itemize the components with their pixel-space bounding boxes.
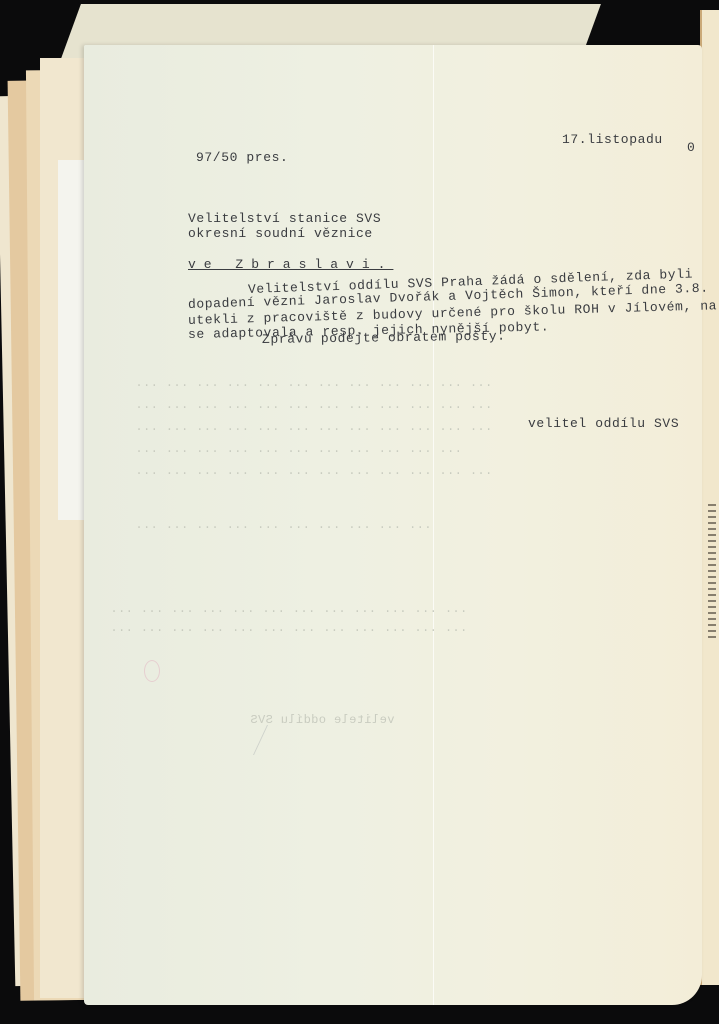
reference-number: 97/50 pres. [196,150,288,165]
adjacent-page-edge [700,10,719,985]
show-through-text: ... ... ... ... ... ... ... ... ... ... … [135,441,462,458]
addressee-line-1: Velitelství stanice SVS [188,211,381,226]
show-through-text: ... ... ... ... ... ... ... ... ... ... … [135,397,492,414]
signature-block: velitel oddílu SVS [528,416,679,431]
page-fold-line [433,45,434,1005]
show-through-text: ... ... ... ... ... ... ... ... ... ... … [135,463,492,480]
show-through-text: ... ... ... ... ... ... ... ... ... ... … [135,375,492,392]
addressee-line-2: okresní soudní věznice [188,226,373,241]
red-pencil-mark [144,660,160,682]
show-through-text: ... ... ... ... ... ... ... ... ... ... … [135,419,492,436]
show-through-text: ... ... ... ... ... ... ... ... ... ... … [110,601,467,618]
show-through-text: ... ... ... ... ... ... ... ... ... ... [135,517,431,534]
adjacent-page-text [708,500,716,640]
corner-mark: 0 [687,140,695,155]
document-date: 17.listopadu [562,132,663,147]
show-through-text: ... ... ... ... ... ... ... ... ... ... … [110,620,467,637]
addressee-location: ve Zbraslavi. [188,257,393,272]
